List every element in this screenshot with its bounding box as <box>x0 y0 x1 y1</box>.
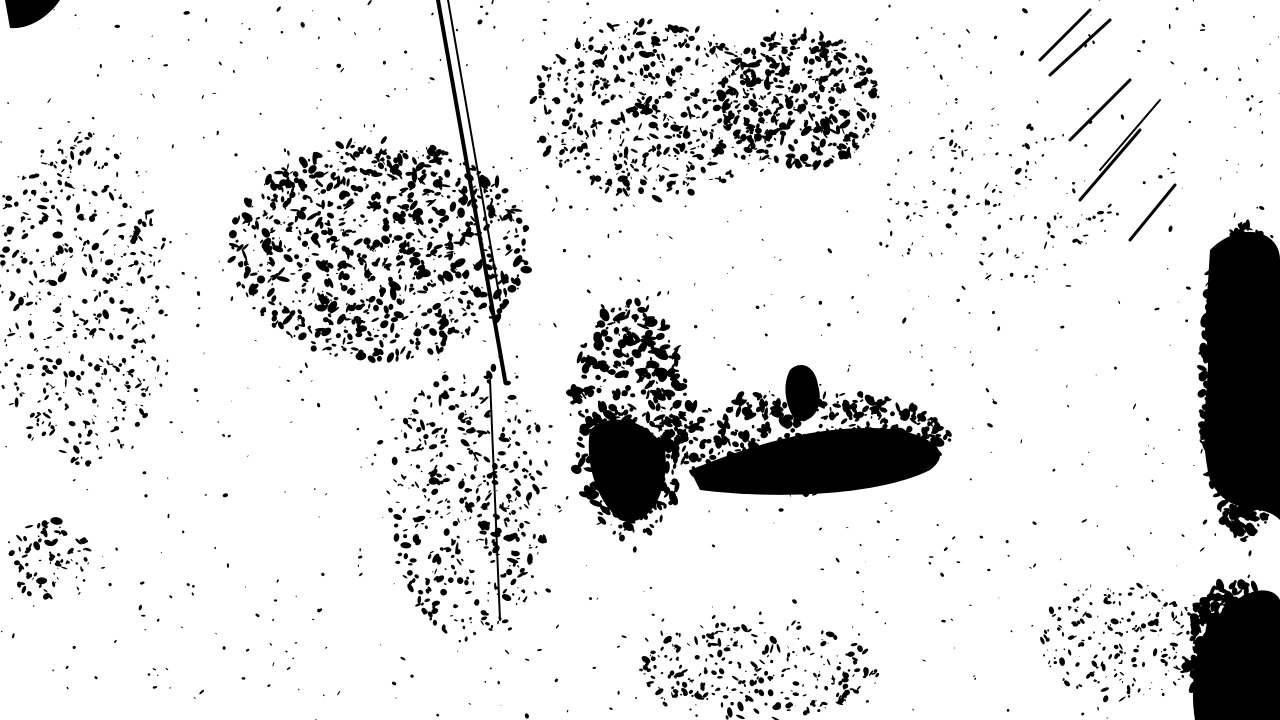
grunge-texture <box>0 0 1280 720</box>
